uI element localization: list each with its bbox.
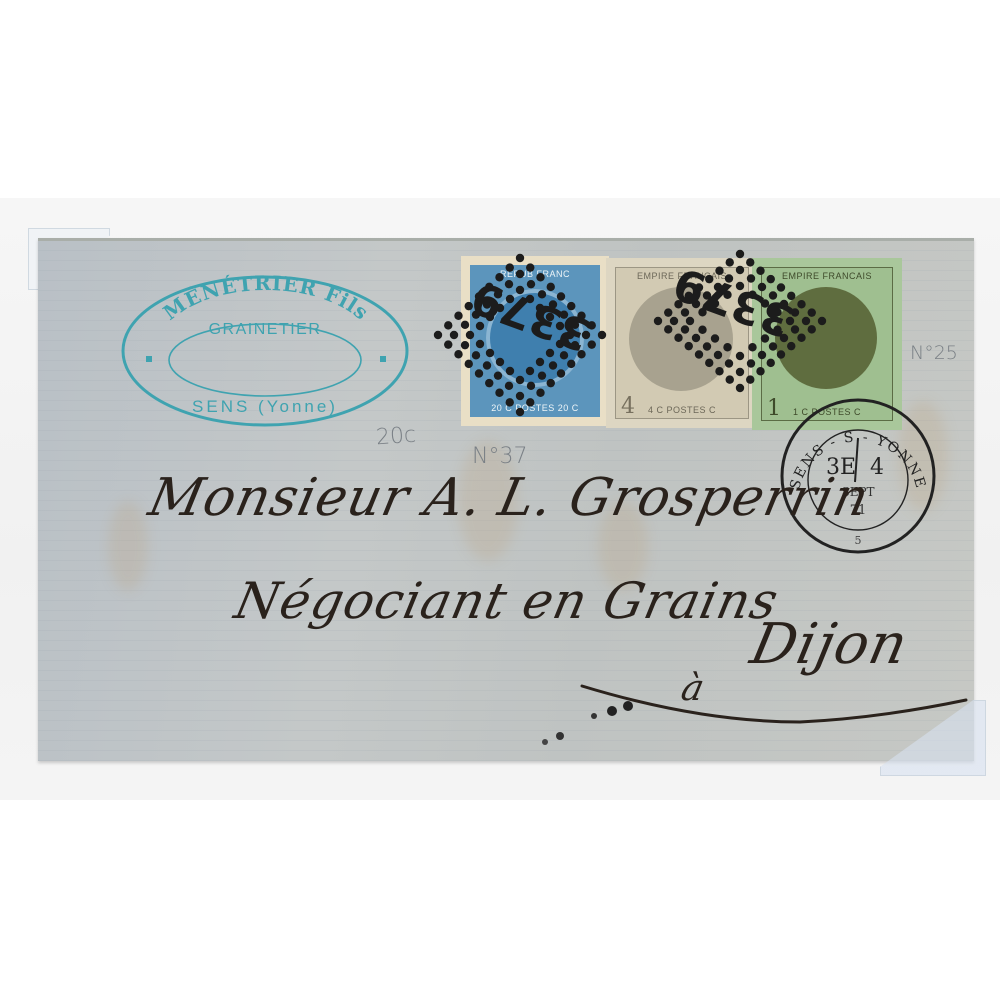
address-city: Dijon	[745, 612, 914, 677]
cachet-trade: GRAINETIER	[209, 321, 322, 338]
pencil-catalogue-note: N°25	[910, 342, 958, 364]
lozenge-cancel-right: 3379	[650, 246, 830, 400]
pencil-price-note: 20c	[375, 423, 417, 451]
pencil-catalogue-note: N°37	[472, 444, 527, 469]
lozenge-cancel-left: 3379	[430, 250, 610, 424]
address-occupation: Négociant en Grains	[230, 572, 784, 630]
postmark-bottom-digit: 5	[855, 534, 862, 547]
foxing-stain	[108, 501, 148, 591]
merchant-cachet: MÉNÉTRIER Fils GRAINETIER SENS (Yonne)	[118, 272, 412, 430]
address-recipient: Monsieur A. L. Grosperrin	[144, 468, 875, 528]
cachet-firm-name: MÉNÉTRIER Fils	[159, 272, 374, 325]
svg-text:MÉNÉTRIER Fils: MÉNÉTRIER Fils	[159, 272, 374, 325]
cachet-town: SENS (Yonne)	[192, 397, 338, 416]
stamp-value: 4	[621, 394, 635, 419]
